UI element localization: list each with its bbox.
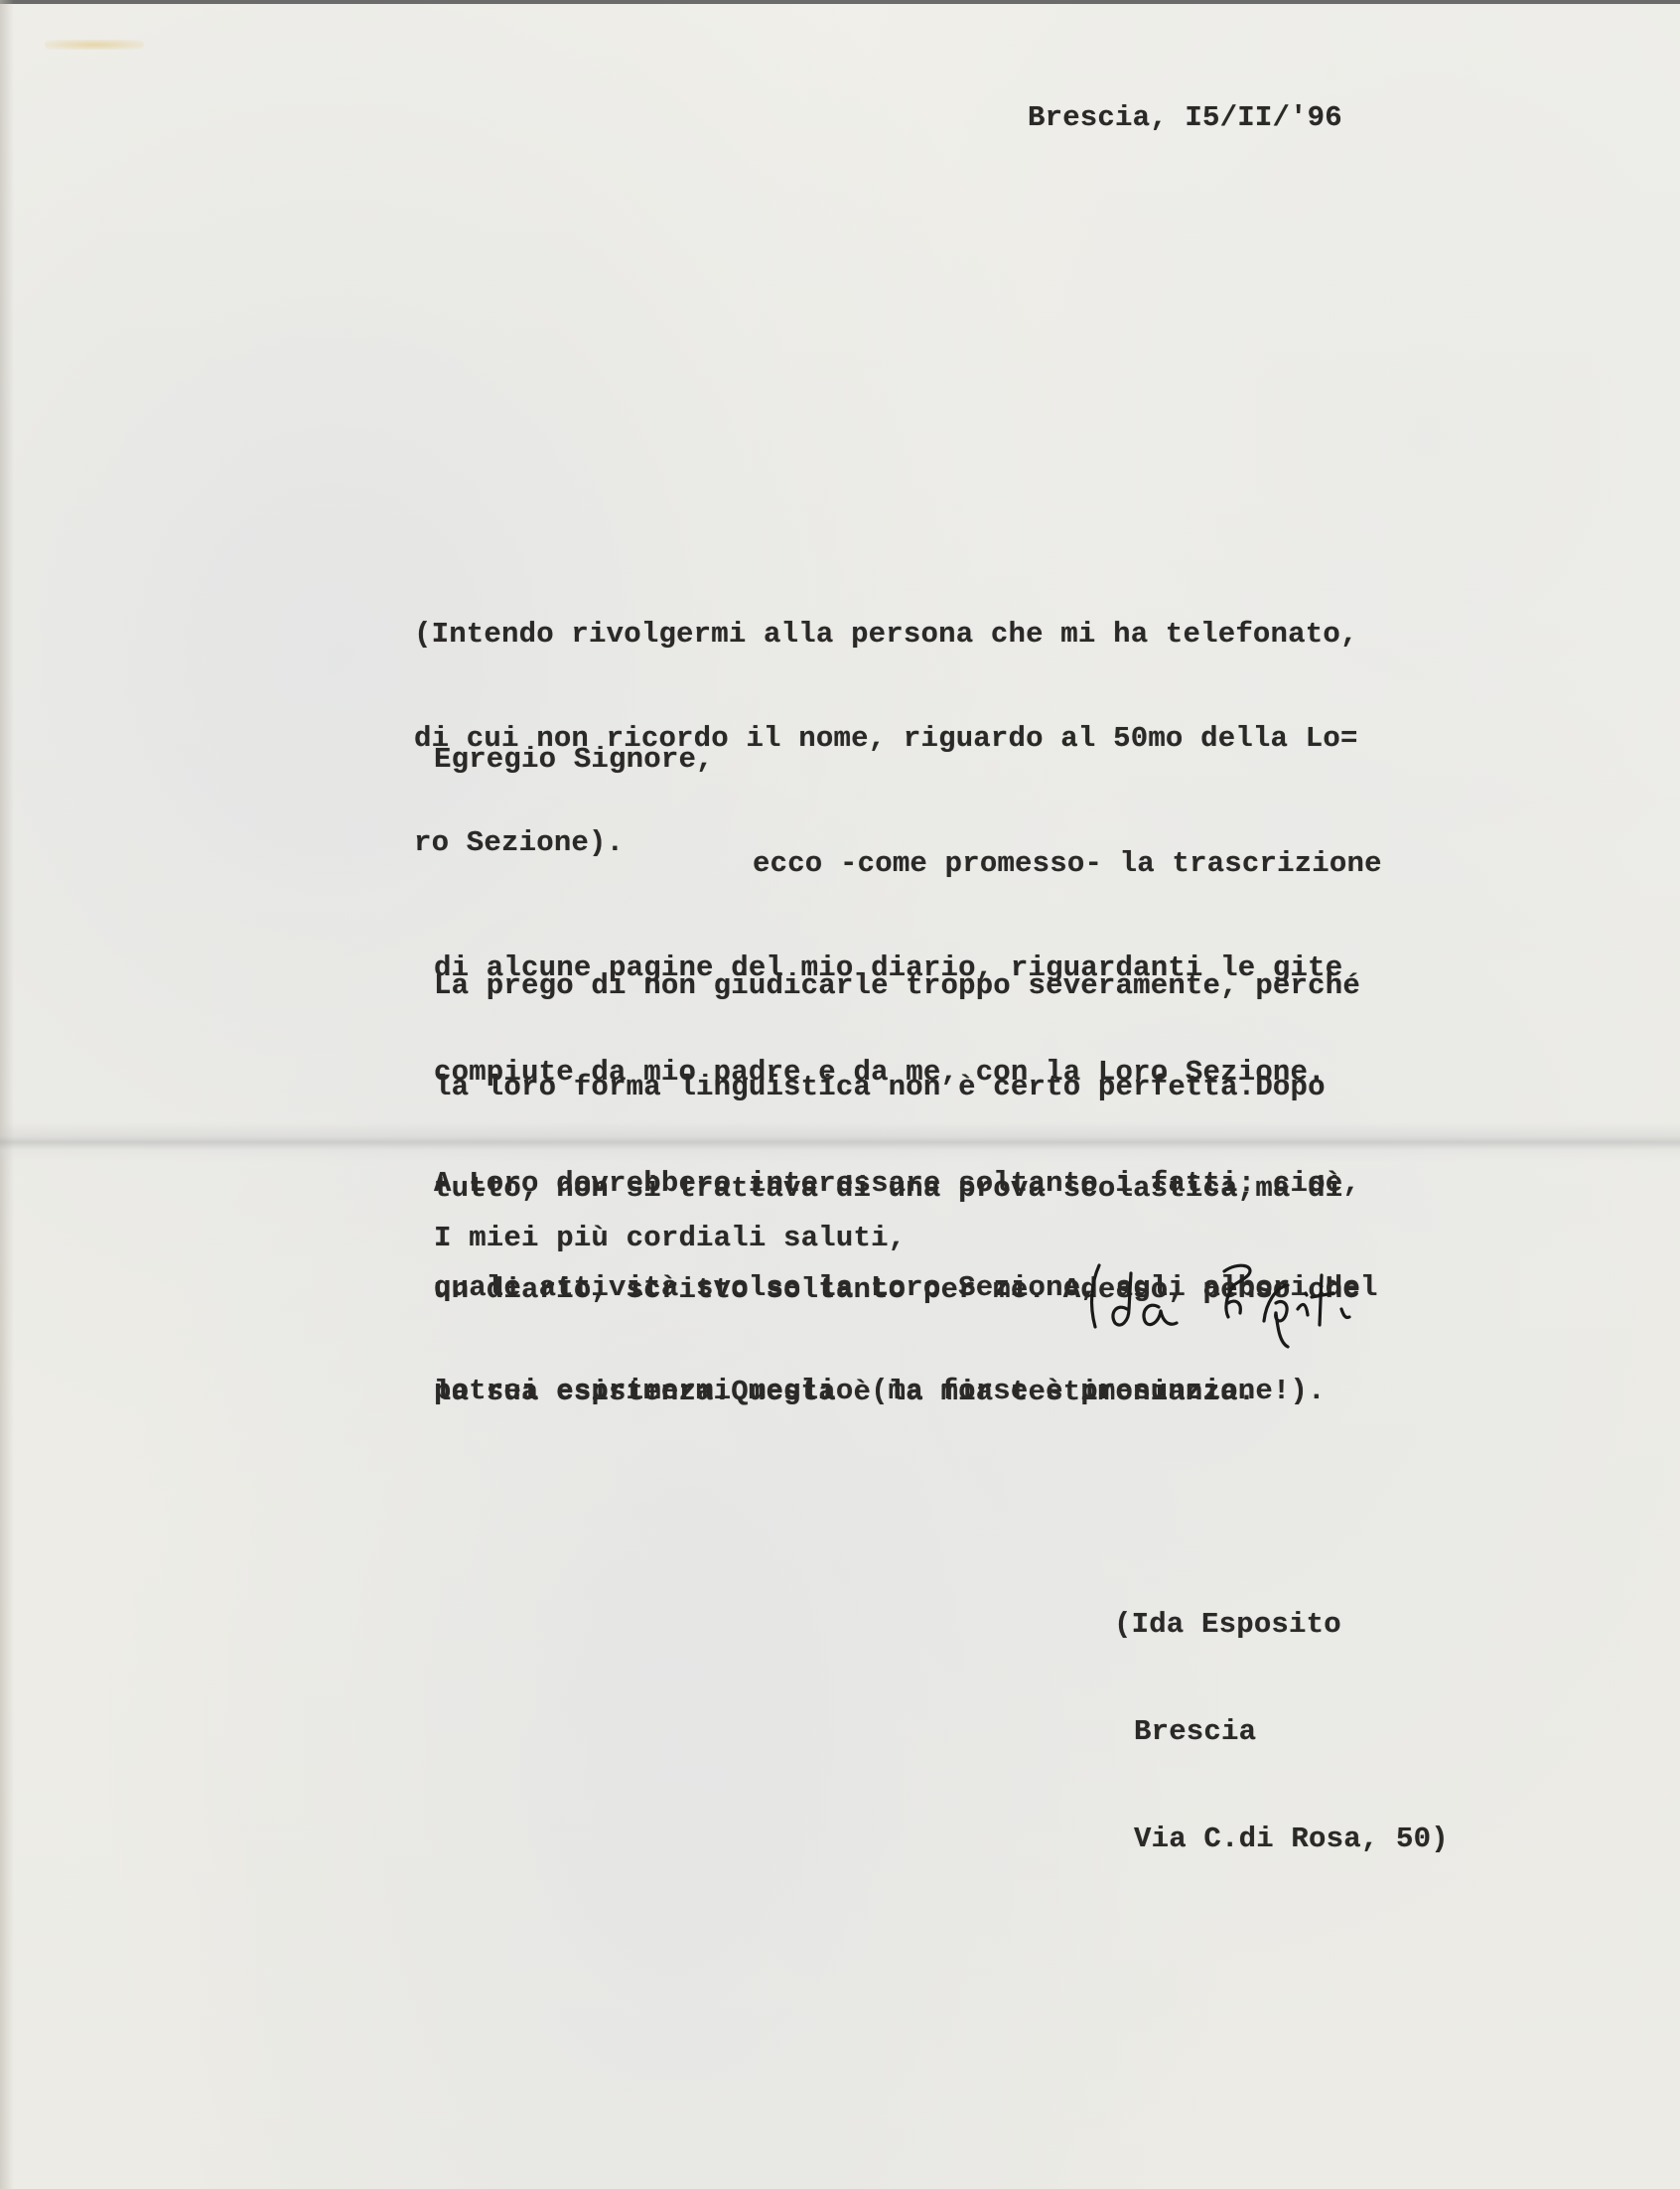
paragraph-line: la sua esistenza.Questa è la mia testimo… bbox=[434, 1375, 1378, 1409]
closing: I miei più cordiali saluti, bbox=[434, 1222, 906, 1255]
paper-left-edge bbox=[0, 0, 14, 2189]
paragraph-line: ecco -come promesso- la trascrizione bbox=[434, 846, 1382, 881]
letter-page: Brescia, I5/II/'96 (Intendo rivolgermi a… bbox=[0, 0, 1680, 2189]
scan-top-edge bbox=[0, 0, 1680, 4]
dateline: Brescia, I5/II/'96 bbox=[1028, 101, 1342, 135]
salutation: Egregio Signore, bbox=[434, 743, 714, 777]
sender-address: (Ida Esposito Brescia Via C.di Rosa, 50) bbox=[1114, 1535, 1449, 1929]
paragraph-line: La prego di non giudicarle troppo severa… bbox=[434, 969, 1360, 1003]
paragraph-line: A Loro dovrebbero interessare soltanto i… bbox=[434, 1166, 1378, 1201]
paper-stain bbox=[45, 40, 144, 50]
address-line: Brescia bbox=[1114, 1714, 1449, 1750]
intro-line: (Intendo rivolgermi alla persona che mi … bbox=[414, 617, 1358, 652]
handwritten-signature-icon bbox=[1077, 1243, 1415, 1353]
address-line: (Ida Esposito bbox=[1114, 1607, 1449, 1643]
address-line: Via C.di Rosa, 50) bbox=[1114, 1822, 1449, 1857]
